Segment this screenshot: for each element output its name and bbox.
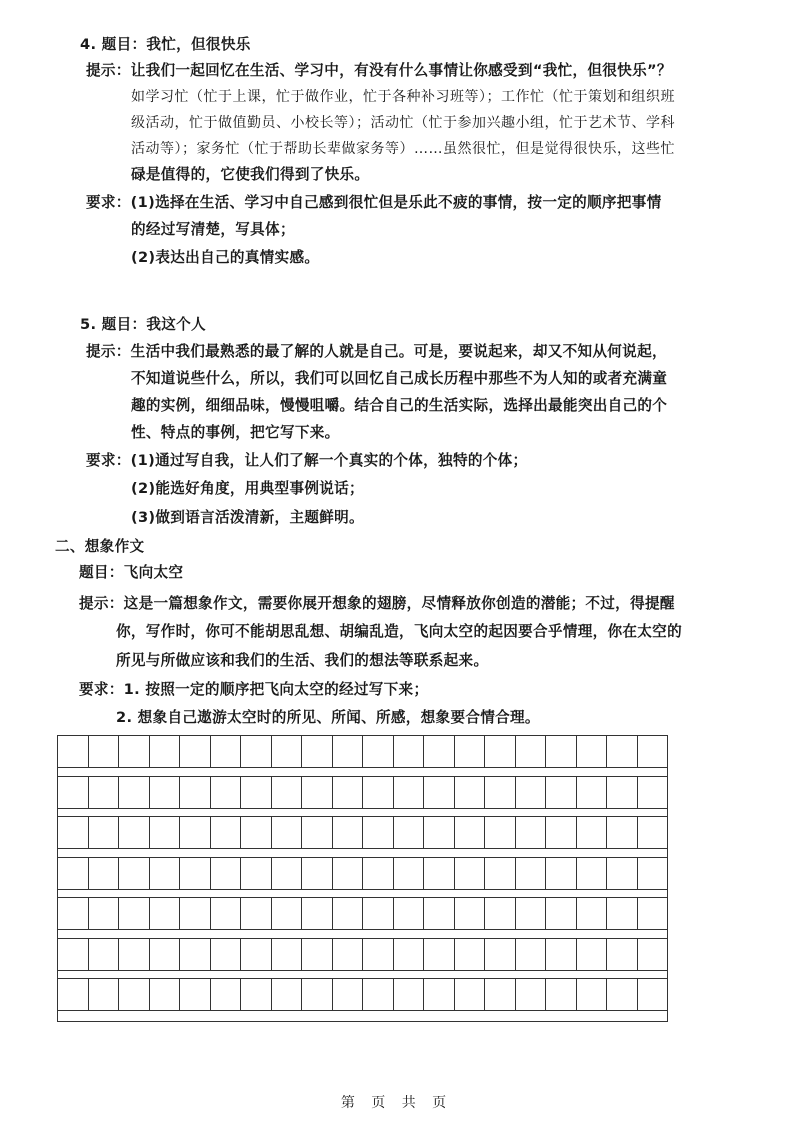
grid-cell[interactable]	[546, 898, 577, 929]
grid-row	[58, 776, 667, 809]
grid-cell[interactable]	[89, 777, 120, 808]
grid-cell[interactable]	[394, 817, 425, 848]
grid-cell[interactable]	[455, 817, 486, 848]
grid-cell[interactable]	[180, 939, 211, 970]
grid-cell[interactable]	[546, 979, 577, 1010]
grid-cell[interactable]	[211, 939, 242, 970]
grid-cell[interactable]	[485, 777, 516, 808]
grid-cell[interactable]	[485, 979, 516, 1010]
grid-cell[interactable]	[424, 777, 455, 808]
grid-cell[interactable]	[546, 939, 577, 970]
grid-cell[interactable]	[58, 817, 89, 848]
grid-cell[interactable]	[363, 898, 394, 929]
grid-cell[interactable]	[302, 736, 333, 767]
grid-cell[interactable]	[424, 736, 455, 767]
grid-cell[interactable]	[424, 898, 455, 929]
grid-cell[interactable]	[58, 979, 89, 1010]
section2-req-line: 2. 想象自己遨游太空时的所见、所闻、所感，想象要合情合理。	[116, 708, 540, 728]
grid-cell[interactable]	[241, 817, 272, 848]
grid-cell[interactable]	[546, 858, 577, 889]
item5-req-line: 要求：(1)通过写自我，让人们了解一个真实的个体，独特的个体；	[86, 451, 527, 471]
grid-cell[interactable]	[516, 817, 547, 848]
grid-cell[interactable]	[577, 817, 608, 848]
grid-cell[interactable]	[272, 777, 303, 808]
grid-cell[interactable]	[89, 736, 120, 767]
grid-cell[interactable]	[516, 939, 547, 970]
grid-cell[interactable]	[180, 898, 211, 929]
grid-cell[interactable]	[89, 939, 120, 970]
grid-cell[interactable]	[333, 817, 364, 848]
grid-cell[interactable]	[272, 736, 303, 767]
grid-cell[interactable]	[638, 736, 668, 767]
grid-cell[interactable]	[211, 817, 242, 848]
grid-cell[interactable]	[180, 979, 211, 1010]
grid-cell[interactable]	[119, 777, 150, 808]
grid-cell[interactable]	[607, 736, 638, 767]
grid-cell[interactable]	[363, 979, 394, 1010]
grid-cell[interactable]	[302, 979, 333, 1010]
grid-cell[interactable]	[455, 736, 486, 767]
grid-cell[interactable]	[58, 777, 89, 808]
grid-cell[interactable]	[363, 939, 394, 970]
section2-hint-line: 所见与所做应该和我们的生活、我们的想法等联系起来。	[116, 651, 488, 671]
grid-cell[interactable]	[272, 817, 303, 848]
grid-cell[interactable]	[89, 979, 120, 1010]
grid-cell[interactable]	[333, 898, 364, 929]
section2-req-line: 要求：1. 按照一定的顺序把飞向太空的经过写下来；	[79, 680, 428, 700]
grid-cell[interactable]	[546, 817, 577, 848]
grid-cell[interactable]	[607, 939, 638, 970]
item4-req-line: 的经过写清楚，写具体；	[131, 220, 295, 240]
grid-cell[interactable]	[150, 777, 181, 808]
grid-cell[interactable]	[241, 858, 272, 889]
grid-cell[interactable]	[89, 898, 120, 929]
grid-cell[interactable]	[607, 777, 638, 808]
grid-cell[interactable]	[516, 858, 547, 889]
item4-hint-line: 提示：让我们一起回忆在生活、学习中，有没有什么事情让你感受到“我忙，但很快乐”？	[86, 61, 672, 81]
grid-row	[58, 857, 667, 890]
grid-cell[interactable]	[272, 939, 303, 970]
grid-cell[interactable]	[577, 777, 608, 808]
grid-cell[interactable]	[638, 817, 668, 848]
grid-cell[interactable]	[638, 979, 668, 1010]
section2-heading: 二、想象作文	[55, 537, 144, 557]
grid-cell[interactable]	[150, 817, 181, 848]
grid-cell[interactable]	[180, 777, 211, 808]
grid-cell[interactable]	[607, 979, 638, 1010]
item4-hint-line: 级活动，忙于做值勤员、小校长等）；活动忙（忙于参加兴趣小组，忙于艺术节、学科	[131, 113, 675, 133]
grid-cell[interactable]	[272, 979, 303, 1010]
item5-hint-line: 不知道说些什么，所以，我们可以回忆自己成长历程中那些不为人知的或者充满童	[131, 369, 667, 389]
grid-cell[interactable]	[546, 777, 577, 808]
item5-title: 5. 题目：我这个人	[80, 315, 206, 335]
grid-cell[interactable]	[302, 777, 333, 808]
grid-cell[interactable]	[546, 736, 577, 767]
grid-cell[interactable]	[150, 736, 181, 767]
grid-cell[interactable]	[638, 898, 668, 929]
page-footer: 第 页 共 页	[0, 1092, 793, 1112]
grid-cell[interactable]	[58, 736, 89, 767]
grid-cell[interactable]	[241, 777, 272, 808]
grid-cell[interactable]	[150, 858, 181, 889]
grid-row	[58, 897, 667, 930]
grid-cell[interactable]	[607, 817, 638, 848]
grid-cell[interactable]	[150, 898, 181, 929]
grid-cell[interactable]	[58, 939, 89, 970]
writing-grid[interactable]	[57, 735, 668, 1022]
grid-cell[interactable]	[272, 858, 303, 889]
grid-cell[interactable]	[485, 858, 516, 889]
grid-cell[interactable]	[577, 858, 608, 889]
grid-cell[interactable]	[333, 858, 364, 889]
grid-cell[interactable]	[577, 939, 608, 970]
grid-cell[interactable]	[363, 817, 394, 848]
grid-cell[interactable]	[241, 939, 272, 970]
item5-req-line: (3)做到语言活泼清新，主题鲜明。	[131, 508, 364, 528]
grid-cell[interactable]	[577, 898, 608, 929]
item4-hint-line: 活动等）；家务忙（忙于帮助长辈做家务等）……虽然很忙，但是觉得很快乐，这些忙	[131, 139, 675, 159]
grid-row	[58, 736, 667, 768]
grid-cell[interactable]	[577, 736, 608, 767]
grid-cell[interactable]	[516, 979, 547, 1010]
grid-row	[58, 816, 667, 849]
grid-cell[interactable]	[89, 858, 120, 889]
item4-req-line: 要求：(1)选择在生活、学习中自己感到很忙但是乐此不疲的事情，按一定的顺序把事情	[86, 193, 661, 213]
grid-cell[interactable]	[394, 777, 425, 808]
grid-cell[interactable]	[302, 898, 333, 929]
grid-cell[interactable]	[272, 898, 303, 929]
grid-cell[interactable]	[638, 777, 668, 808]
grid-cell[interactable]	[302, 817, 333, 848]
grid-cell[interactable]	[333, 736, 364, 767]
grid-cell[interactable]	[455, 939, 486, 970]
grid-cell[interactable]	[333, 939, 364, 970]
grid-cell[interactable]	[241, 736, 272, 767]
grid-cell[interactable]	[394, 736, 425, 767]
grid-cell[interactable]	[89, 817, 120, 848]
item5-req-line: (2)能选好角度，用典型事例说话；	[131, 479, 364, 499]
grid-cell[interactable]	[424, 939, 455, 970]
section2-hint-line: 你，写作时，你可不能胡思乱想、胡编乱造，飞向太空的起因要合乎情理，你在太空的	[116, 622, 682, 642]
item5-hint-line: 性、特点的事例，把它写下来。	[131, 423, 340, 443]
grid-cell[interactable]	[211, 858, 242, 889]
grid-cell[interactable]	[485, 898, 516, 929]
grid-cell[interactable]	[119, 817, 150, 848]
item4-title: 4. 题目：我忙，但很快乐	[80, 35, 251, 55]
grid-cell[interactable]	[241, 898, 272, 929]
grid-cell[interactable]	[241, 979, 272, 1010]
grid-cell[interactable]	[394, 898, 425, 929]
grid-cell[interactable]	[485, 736, 516, 767]
grid-cell[interactable]	[607, 858, 638, 889]
grid-cell[interactable]	[180, 858, 211, 889]
grid-row	[58, 938, 667, 971]
grid-cell[interactable]	[119, 898, 150, 929]
item5-hint-line: 提示：生活中我们最熟悉的最了解的人就是自己。可是，要说起来，却又不知从何说起，	[86, 342, 667, 362]
grid-cell[interactable]	[180, 817, 211, 848]
item4-hint-line: 碌是值得的，它使我们得到了快乐。	[131, 165, 369, 185]
grid-cell[interactable]	[455, 979, 486, 1010]
grid-row	[58, 978, 667, 1011]
grid-cell[interactable]	[119, 979, 150, 1010]
grid-cell[interactable]	[607, 898, 638, 929]
grid-cell[interactable]	[424, 858, 455, 889]
grid-cell[interactable]	[211, 777, 242, 808]
grid-cell[interactable]	[302, 939, 333, 970]
grid-cell[interactable]	[302, 858, 333, 889]
grid-cell[interactable]	[119, 939, 150, 970]
grid-cell[interactable]	[394, 858, 425, 889]
grid-cell[interactable]	[211, 979, 242, 1010]
grid-cell[interactable]	[516, 777, 547, 808]
grid-cell[interactable]	[485, 817, 516, 848]
grid-cell[interactable]	[211, 898, 242, 929]
grid-cell[interactable]	[455, 858, 486, 889]
grid-cell[interactable]	[150, 979, 181, 1010]
grid-cell[interactable]	[363, 736, 394, 767]
grid-cell[interactable]	[516, 898, 547, 929]
grid-cell[interactable]	[58, 898, 89, 929]
grid-cell[interactable]	[638, 858, 668, 889]
grid-cell[interactable]	[333, 979, 364, 1010]
grid-cell[interactable]	[119, 858, 150, 889]
grid-cell[interactable]	[424, 817, 455, 848]
grid-cell[interactable]	[150, 939, 181, 970]
grid-cell[interactable]	[577, 979, 608, 1010]
grid-cell[interactable]	[363, 858, 394, 889]
grid-cell[interactable]	[638, 939, 668, 970]
grid-cell[interactable]	[394, 979, 425, 1010]
grid-cell[interactable]	[394, 939, 425, 970]
item4-hint-line: 如学习忙（忙于上课，忙于做作业，忙于各种补习班等）；工作忙（忙于策划和组织班	[131, 87, 675, 107]
grid-cell[interactable]	[333, 777, 364, 808]
grid-cell[interactable]	[211, 736, 242, 767]
grid-cell[interactable]	[424, 979, 455, 1010]
item4-req-line: (2)表达出自己的真情实感。	[131, 248, 319, 268]
grid-cell[interactable]	[58, 858, 89, 889]
section2-title: 题目：飞向太空	[79, 563, 183, 583]
item5-hint-line: 趣的实例，细细品味，慢慢咀嚼。结合自己的生活实际，选择出最能突出自己的个	[131, 396, 667, 416]
grid-cell[interactable]	[363, 777, 394, 808]
grid-cell[interactable]	[516, 736, 547, 767]
grid-cell[interactable]	[485, 939, 516, 970]
section2-hint-line: 提示：这是一篇想象作文，需要你展开想象的翅膀，尽情释放你创造的潜能；不过，得提醒	[79, 594, 675, 614]
grid-cell[interactable]	[180, 736, 211, 767]
grid-cell[interactable]	[455, 898, 486, 929]
grid-cell[interactable]	[119, 736, 150, 767]
grid-cell[interactable]	[455, 777, 486, 808]
